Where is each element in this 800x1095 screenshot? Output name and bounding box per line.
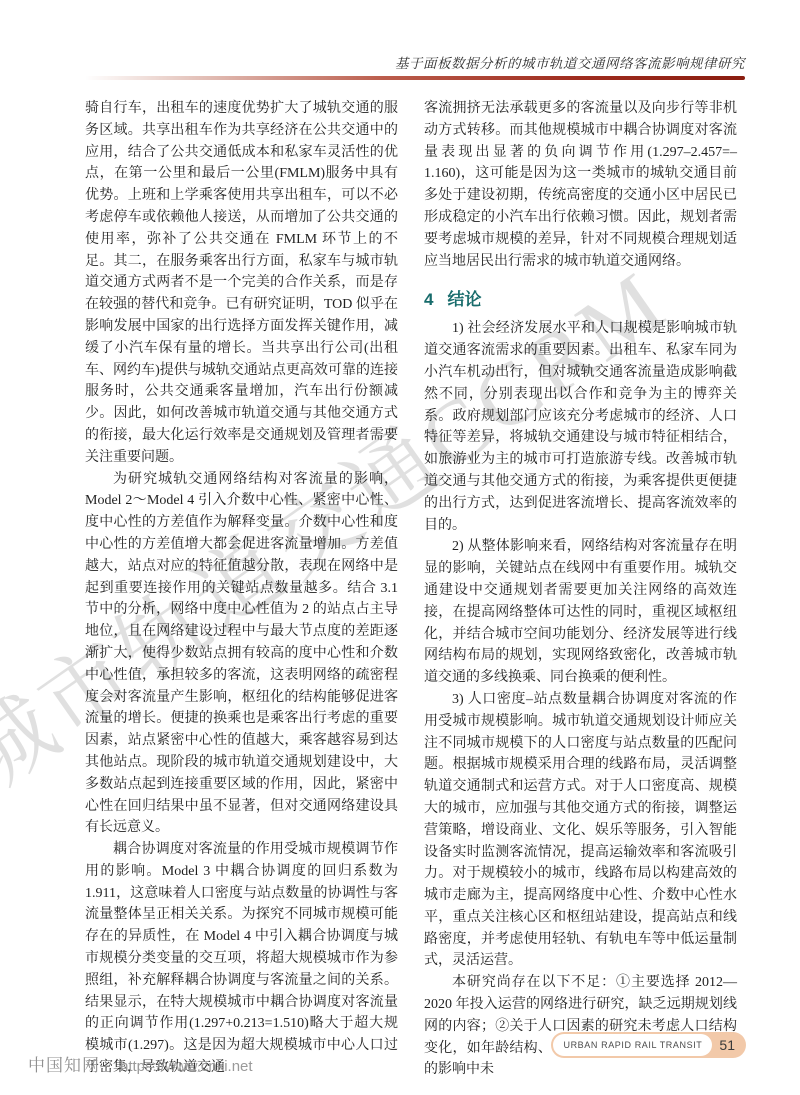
left-column: 骑自行车，出租车的速度优势扩大了城轨交通的服务区域。共享出租车作为共享经济在公共… xyxy=(85,98,398,1081)
conclusion-point-1: 1) 社会经济发展水平和人口规模是影响城市轨道交通客流需求的重要因素。出租车、私… xyxy=(424,318,737,536)
right-column: 客流拥挤无法承载更多的客流量以及向步行等非机动方式转移。而其他规模城市中耦合协调… xyxy=(424,98,737,1081)
section-heading-conclusion: 4结论 xyxy=(424,285,737,310)
two-column-body: 骑自行车，出租车的速度优势扩大了城轨交通的服务区域。共享出租车作为共享经济在公共… xyxy=(85,98,737,1081)
journal-name-en: URBAN RAPID RAIL TRANSIT xyxy=(553,1034,712,1056)
cnki-brand: 中国知网 xyxy=(28,1056,100,1075)
footer-cnki: 中国知网https://www.cnki.net xyxy=(28,1051,253,1076)
conclusion-point-3: 3) 人口密度–站点数量耦合协调度对客流的作用受城市规模影响。城市轨道交通规划设… xyxy=(424,689,737,972)
section-label: 结论 xyxy=(447,290,481,309)
paragraph-continuation: 骑自行车，出租车的速度优势扩大了城轨交通的服务区域。共享出租车作为共享经济在公共… xyxy=(85,98,398,469)
paragraph: 为研究城轨交通网络结构对客流量的影响，Model 2～Model 4 引入介数中… xyxy=(85,469,398,840)
running-head-title: 基于面板数据分析的城市轨道交通网络客流影响规律研究 xyxy=(395,52,745,72)
cnki-url: https://www.cnki.net xyxy=(120,1058,253,1075)
paragraph-continuation: 客流拥挤无法承载更多的客流量以及向步行等非机动方式转移。而其他规模城市中耦合协调… xyxy=(424,98,737,272)
conclusion-point-2: 2) 从整体影响来看，网络结构对客流量存在明显的影响，关键站点在线网中有重要作用… xyxy=(424,536,737,689)
paper-page: 城市轨道交通CCRM 基于面板数据分析的城市轨道交通网络客流影响规律研究 骑自行… xyxy=(0,0,800,1095)
section-number: 4 xyxy=(424,290,433,309)
page-number-badge: URBAN RAPID RAIL TRANSIT 51 xyxy=(551,1032,746,1058)
limitations-paragraph: 本研究尚存在以下不足：①主要选择 2012—2020 年投入运营的网络进行研究，… xyxy=(424,972,737,1081)
page-number: 51 xyxy=(712,1037,744,1053)
paragraph: 耦合协调度对客流量的作用受城市规模调节作用的影响。Model 3 中耦合协调度的… xyxy=(85,839,398,1079)
header-rule xyxy=(85,76,745,80)
